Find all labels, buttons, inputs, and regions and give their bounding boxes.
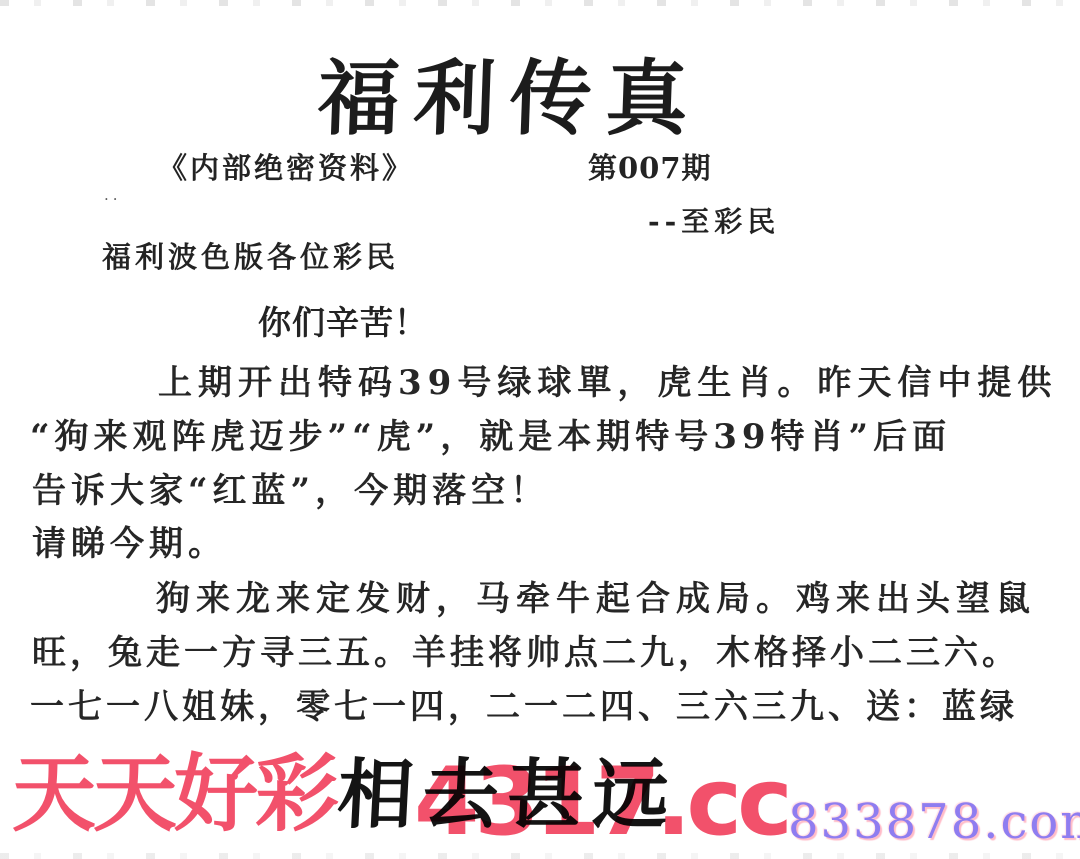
watermark-site-number: 4317.cc [414,756,788,850]
byline: --至彩民 [648,200,780,240]
body-line-3: 告诉大家“红蓝”，今期落空！ [32,463,549,512]
body-line-6: 旺，兔走一方寻三五。羊挂将帅点二九，木格择小二三六。 [32,625,1020,674]
watermark-brand-text: 天天好彩 [12,748,336,840]
greeting-line: 你们辛苦！ [258,297,428,344]
body-line-2: “狗来观阵虎迈步”“虎”，就是本期特号39特肖”后面 [30,409,951,458]
body-line-4: 请睇今期。 [32,516,227,565]
edition-line: 福利波色版各位彩民 [102,235,399,276]
doc-title: 福利传真 [316,34,704,151]
stray-dots: .. [104,186,122,204]
body-line-5: 狗来龙来定发财，马牵牛起合成局。鸡来出头望鼠 [156,571,1036,620]
scanned-fax-page: 福利传真 《内部绝密资料》 第007期 .. --至彩民 福利波色版各位彩民 你… [0,0,1080,859]
watermark-left: 天天好彩 4317.cc [12,748,788,842]
issue-number: 第007期 [588,146,712,187]
watermark-site-right: 833878.com [788,794,1080,850]
body-line-1: 上期开出特码39号绿球單，虎生肖。昨天信中提供 [158,355,1057,404]
classification-label: 《内部绝密资料》 [158,146,414,187]
body-line-7: 一七一八姐妹，零七一四，二一二四、三六三九、送：蓝绿 [30,679,1018,728]
scan-noise-top [0,0,1080,6]
